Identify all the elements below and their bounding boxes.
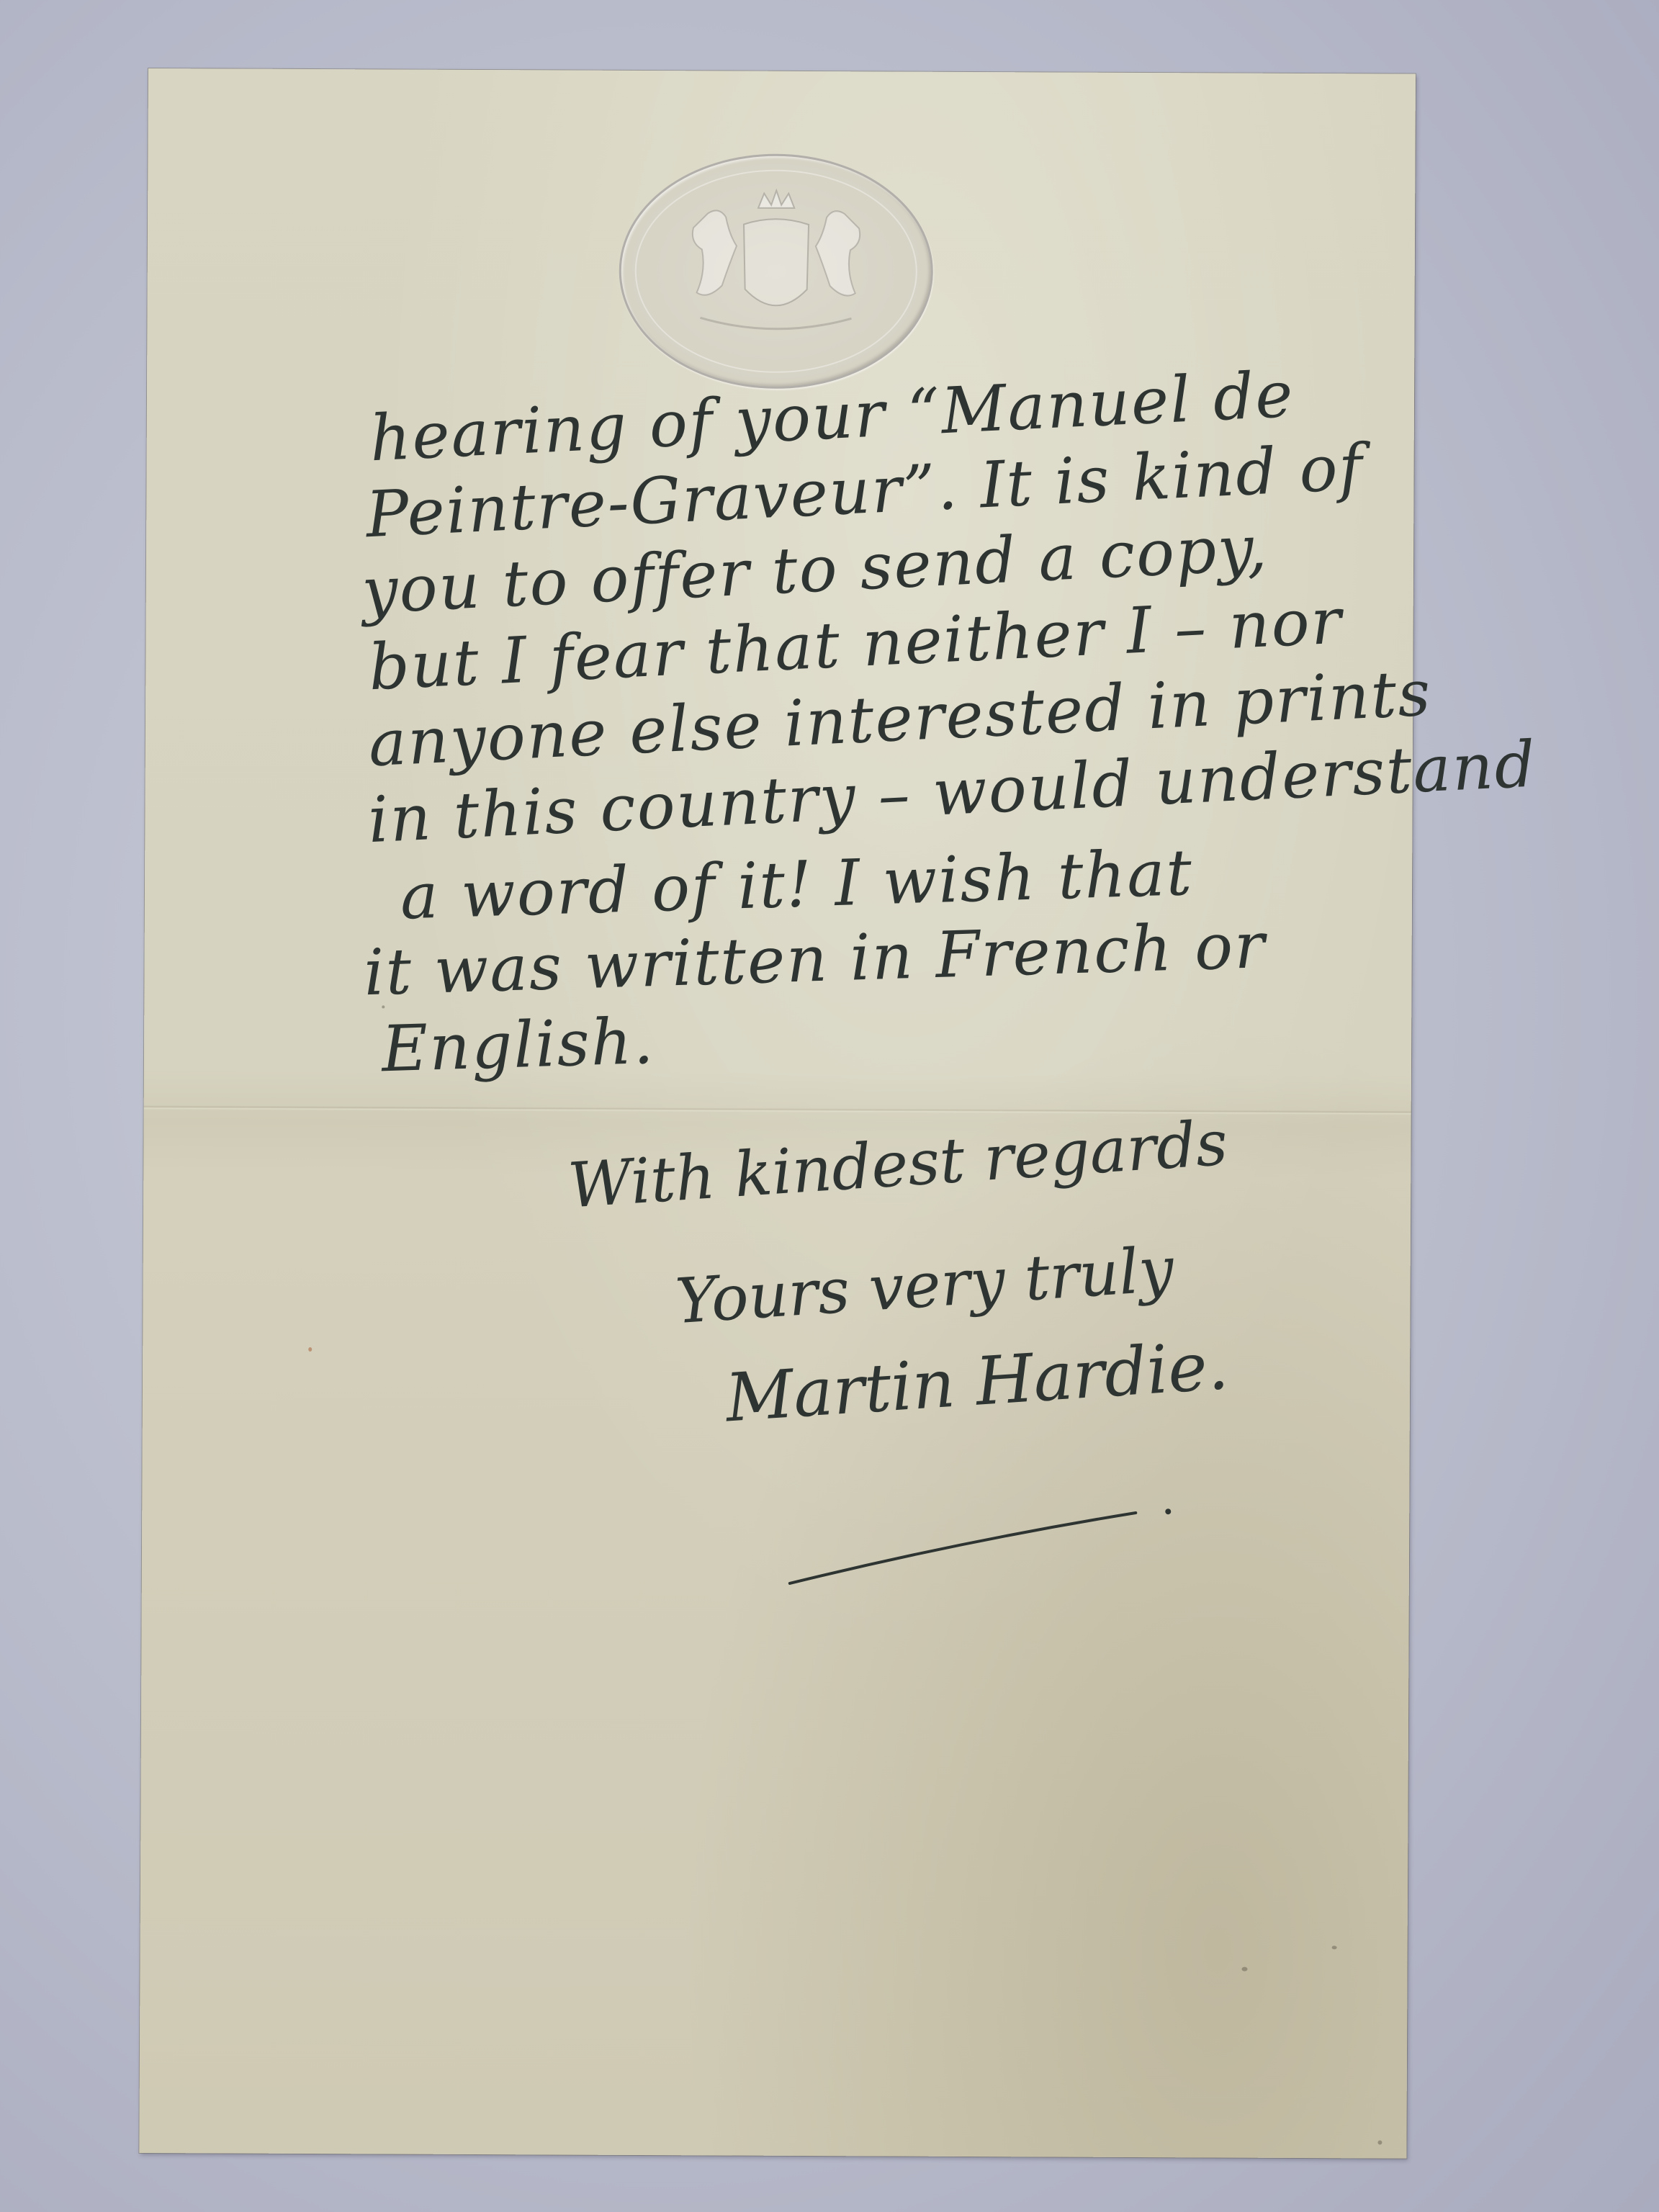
foxing-spot — [1241, 1967, 1247, 1972]
valediction: Yours very truly — [673, 1233, 1176, 1338]
letter-body: hearing of your “Manuel de Peintre-Grave… — [360, 400, 1371, 1092]
foxing-spot — [1332, 1946, 1337, 1949]
foxing-spot — [1377, 2140, 1382, 2144]
embossed-crest-icon — [619, 153, 933, 390]
letter-paper: hearing of your “Manuel de Peintre-Grave… — [139, 68, 1416, 2159]
signature-flourish-icon — [747, 1418, 1179, 1593]
closing-phrase: With kindest regards — [566, 1107, 1230, 1223]
foxing-spot — [308, 1347, 312, 1352]
foxing-spot — [382, 1005, 385, 1008]
